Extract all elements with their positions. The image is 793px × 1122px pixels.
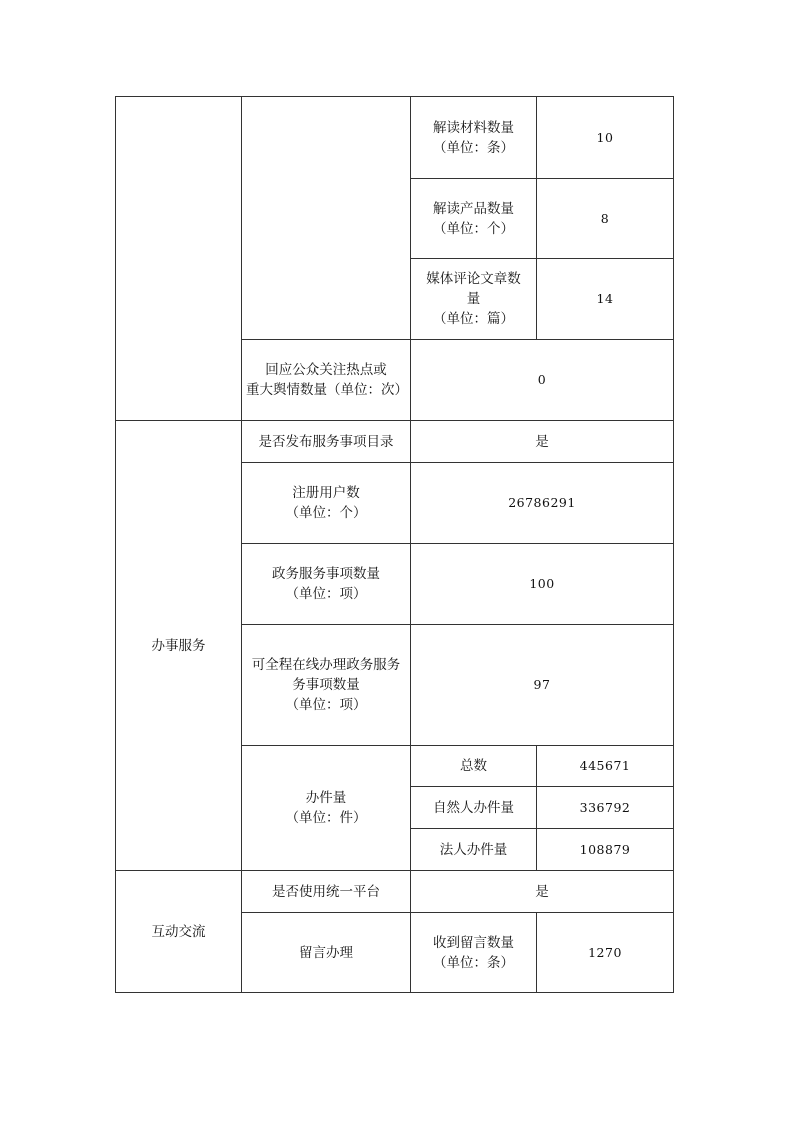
label-line: 政务服务事项数量 [246,564,406,584]
sublabel-cell: 法人办件量 [411,829,537,871]
label-unit: （单位：件） [246,808,406,828]
label-cell: 留言办理 [242,913,411,993]
label-cell: 可全程在线办理政务服务 务事项数量 （单位：项） [242,625,411,746]
label-cell: 媒体评论文章数 量 （单位：篇） [411,259,537,340]
value-cell: 8 [537,179,674,259]
subcategory-cell-empty [242,97,411,340]
label-cell: 是否发布服务事项目录 [242,421,411,463]
category-cell-empty [116,97,242,421]
value-cell: 336792 [537,787,674,829]
value-cell: 108879 [537,829,674,871]
label-unit: （单位：项） [246,584,406,604]
value-cell: 1270 [537,913,674,993]
label-cell: 回应公众关注热点或 重大舆情数量（单位：次） [242,340,411,421]
label-cell: 解读材料数量 （单位：条） [411,97,537,179]
label-cell: 办件量 （单位：件） [242,746,411,871]
report-table: 解读材料数量 （单位：条） 10 解读产品数量 （单位：个） 8 媒体评论文章数… [115,96,674,993]
label-line: 回应公众关注热点或 [246,360,406,380]
label-cell: 政务服务事项数量 （单位：项） [242,544,411,625]
label-line: 收到留言数量 [415,933,532,953]
label-cell: 注册用户数 （单位：个） [242,463,411,544]
value-cell: 100 [411,544,674,625]
category-interaction: 互动交流 [116,871,242,993]
label-line: 注册用户数 [246,483,406,503]
value-cell: 是 [411,421,674,463]
value-cell: 26786291 [411,463,674,544]
label-line: 务事项数量 [246,675,406,695]
sublabel-cell: 总数 [411,746,537,787]
label-line: 解读材料数量 [415,118,532,138]
sublabel-cell: 收到留言数量 （单位：条） [411,913,537,993]
label-line: 解读产品数量 [415,199,532,219]
label-cell: 是否使用统一平台 [242,871,411,913]
label-line: 办件量 [246,788,406,808]
label-unit: （单位：条） [415,138,532,158]
value-cell: 是 [411,871,674,913]
value-cell: 445671 [537,746,674,787]
label-unit: （单位：个） [415,219,532,239]
label-unit: （单位：篇） [415,309,532,329]
category-service: 办事服务 [116,421,242,871]
value-cell: 14 [537,259,674,340]
value-cell: 10 [537,97,674,179]
label-cell: 解读产品数量 （单位：个） [411,179,537,259]
label-unit: （单位：项） [246,695,406,715]
label-line: 媒体评论文章数 [415,269,532,289]
label-line: 重大舆情数量（单位：次） [246,380,406,400]
label-unit: （单位：条） [415,953,532,973]
label-line: 可全程在线办理政务服务 [246,655,406,675]
label-unit: （单位：个） [246,503,406,523]
value-cell: 97 [411,625,674,746]
sublabel-cell: 自然人办件量 [411,787,537,829]
value-cell: 0 [411,340,674,421]
label-line: 量 [415,289,532,309]
